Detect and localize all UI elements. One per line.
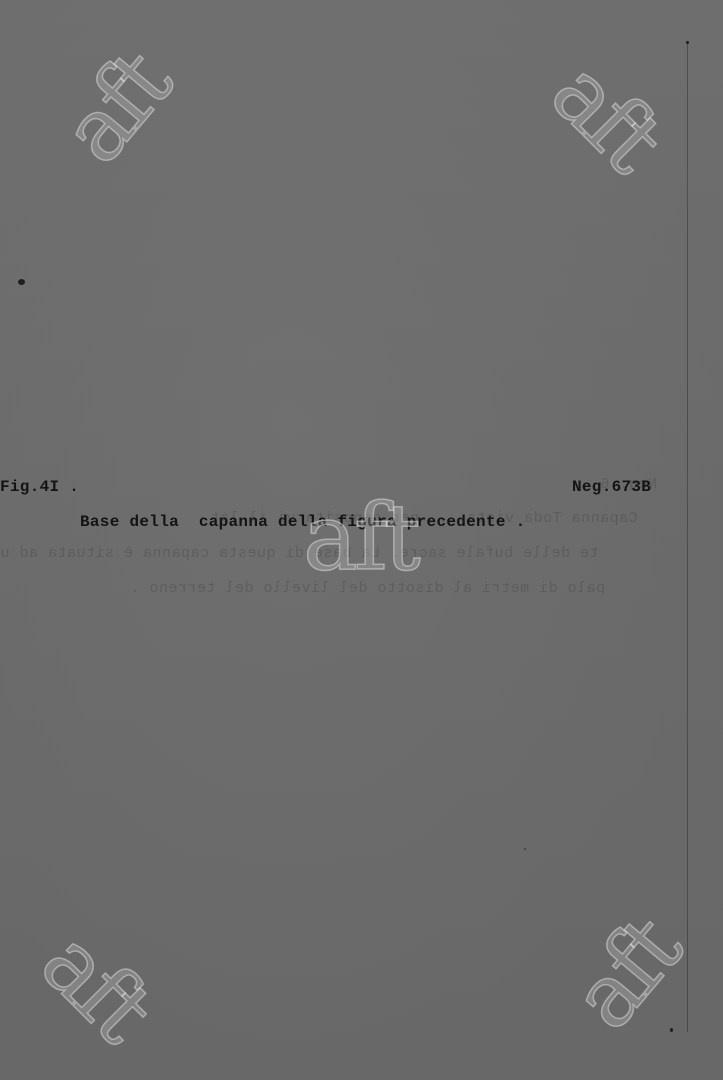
watermark-logo: aft [537,47,676,186]
watermark-logo: aft [48,38,185,178]
ink-speck [524,848,526,850]
watermark-logo: aft [27,917,166,1056]
scanned-page: Neg. 6 Capanna Toda vista ... per deposi… [0,0,723,1080]
ink-speck [670,1028,673,1032]
negative-label: Neg.673B [572,478,651,496]
watermark-logo: aft [303,492,417,584]
page-edge-line [687,42,688,1032]
ink-speck [18,279,25,285]
figure-label: Fig.4I . [0,478,79,496]
watermark-logo: aft [558,904,695,1044]
bleed-through-line-3: te delle bufale sacre. La base di questa… [0,545,599,562]
ink-speck [686,41,689,44]
